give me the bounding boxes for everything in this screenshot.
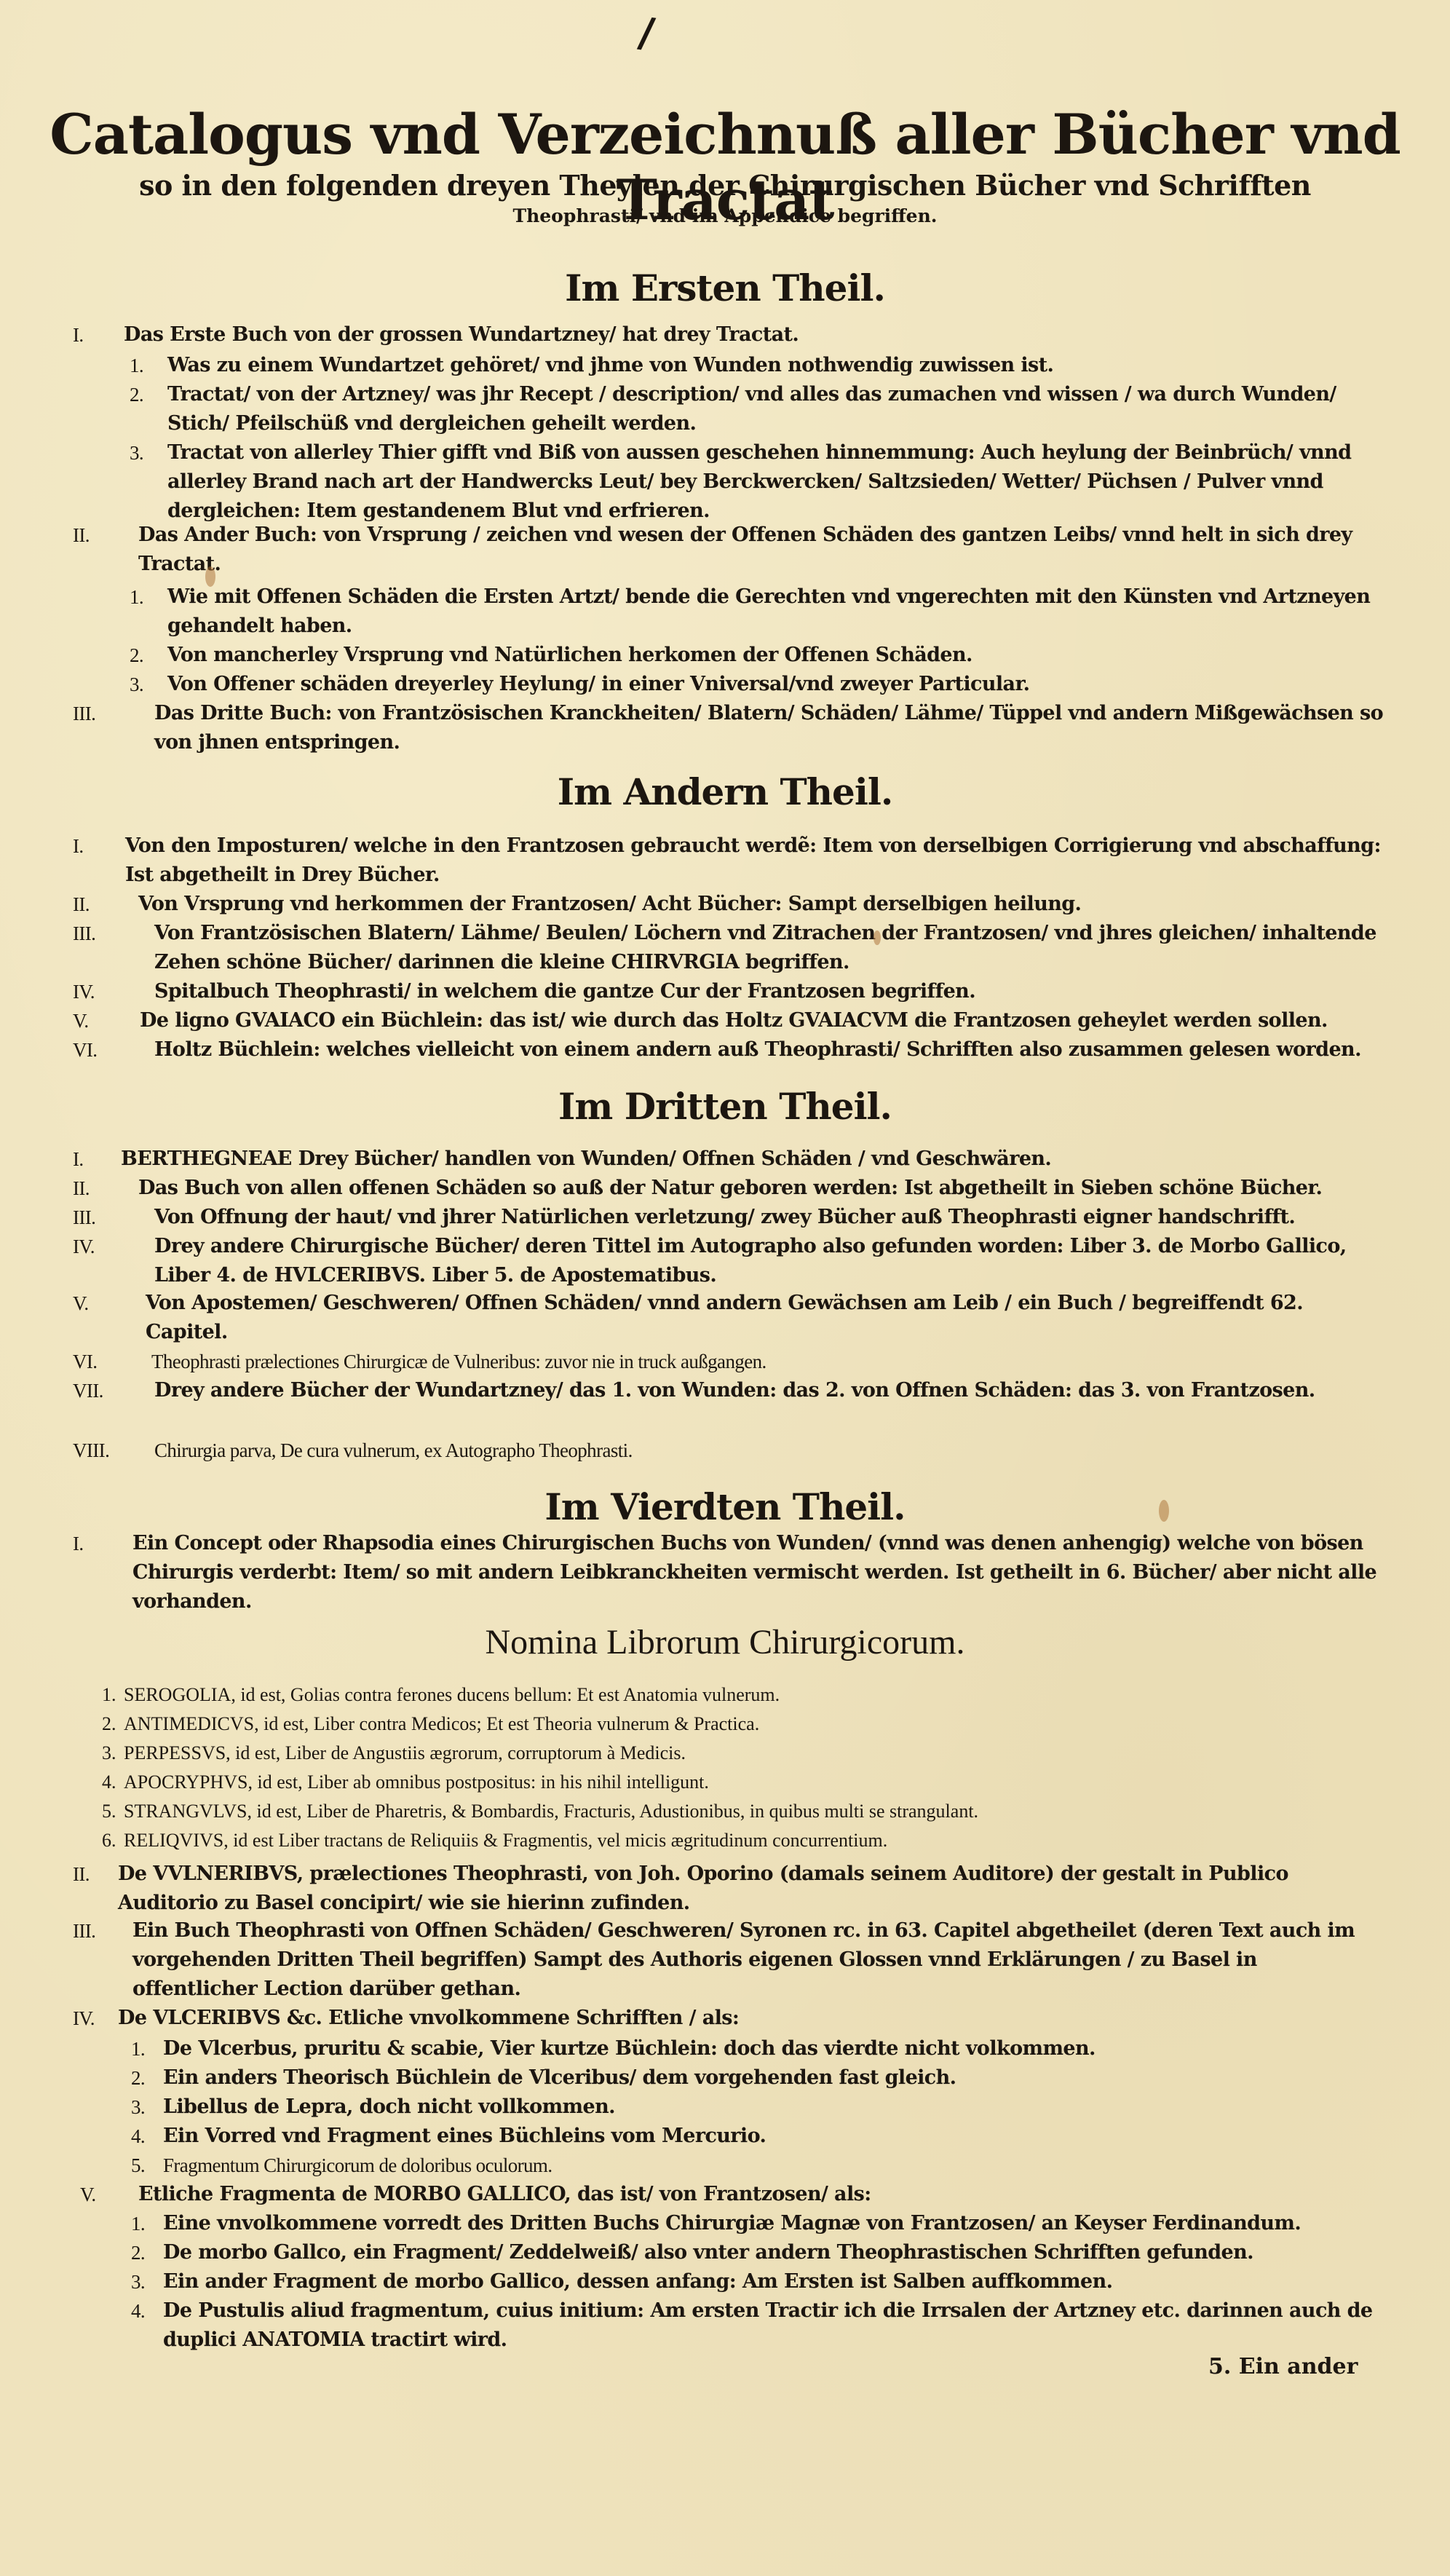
nomina-entry: II.De VVLNERIBVS, prælectiones Theophras…	[73, 1860, 1383, 1918]
entry: II.Das Buch von allen offenen Schäden so…	[73, 1174, 1383, 1203]
document-page: / Catalogus vnd Verzeichnuß aller Bücher…	[0, 0, 1450, 2576]
page-subtitle: so in den folgenden dreyen Theylen der C…	[0, 169, 1450, 202]
nomina-entry: 2.De morbo Gallco, ein Fragment/ Zeddelw…	[131, 2238, 1383, 2267]
part-heading-3: Im Dritten Theil.	[0, 1085, 1450, 1129]
entry: I.BERTHEGNEAE Drey Bücher/ handlen von W…	[73, 1145, 1383, 1174]
entry: I.Ein Concept oder Rhapsodia eines Chiru…	[73, 1529, 1383, 1616]
nomina-entry: 4.Ein Vorred vnd Fragment eines Büchlein…	[131, 2122, 1383, 2151]
entry: III.Von Offnung der haut/ vnd jhrer Natü…	[73, 1203, 1383, 1232]
entry: 3.Von Offener schäden dreyerley Heylung/…	[130, 670, 1382, 699]
nomina-entry: 2.ANTIMEDICVS, id est, Liber contra Medi…	[102, 1711, 1383, 1737]
page-mark: /	[636, 8, 657, 58]
entry: VII.Drey andere Bücher der Wundartzney/ …	[73, 1376, 1383, 1405]
entry: I.Von den Imposturen/ welche in den Fran…	[73, 831, 1383, 890]
catchword: 5. Ein ander	[1208, 2354, 1358, 2379]
nomina-entry: 5.Fragmentum Chirurgicorum de doloribus …	[131, 2151, 1383, 2180]
entry: II.Das Ander Buch: von Vrsprung / zeiche…	[73, 521, 1383, 579]
ink-stain	[873, 931, 881, 945]
entry: IV.Spitalbuch Theophrasti/ in welchem di…	[73, 977, 1383, 1006]
nomina-entry: 3.PERPESSVS, id est, Liber de Angustiis …	[102, 1740, 1383, 1766]
entry: VI.Holtz Büchlein: welches vielleicht vo…	[73, 1035, 1383, 1064]
nomina-entry: 3.Ein ander Fragment de morbo Gallico, d…	[131, 2267, 1383, 2296]
part-heading-2: Im Andern Theil.	[0, 770, 1450, 814]
entry: II.Von Vrsprung vnd herkommen der Frantz…	[73, 890, 1383, 919]
nomina-entry: 5.STRANGVLVS, id est, Liber de Pharetris…	[102, 1798, 1383, 1825]
nomina-entry: 2.Ein anders Theorisch Büchlein de Vlcer…	[131, 2063, 1383, 2093]
entry: V.Von Apostemen/ Geschweren/ Offnen Schä…	[73, 1289, 1383, 1347]
entry: V.De ligno GVAIACO ein Büchlein: das ist…	[73, 1006, 1383, 1035]
nomina-entry: 4.De Pustulis aliud fragmentum, cuius in…	[131, 2296, 1383, 2355]
entry: 1.Was zu einem Wundartzet gehöret/ vnd j…	[130, 351, 1382, 380]
entry: 2.Von mancherley Vrsprung vnd Natürliche…	[130, 641, 1382, 670]
nomina-entry: 6.RELIQVIVS, id est Liber tractans de Re…	[102, 1828, 1383, 1854]
ink-stain	[205, 566, 215, 587]
entry: III.Von Frantzösischen Blatern/ Lähme/ B…	[73, 919, 1383, 977]
ink-stain	[1159, 1500, 1169, 1522]
entry: IV.Drey andere Chirurgische Bücher/ dere…	[73, 1232, 1383, 1290]
entry: 3.Tractat von allerley Thier gifft vnd B…	[130, 438, 1382, 526]
nomina-entry: V.Etliche Fragmenta de MORBO GALLICO, da…	[80, 2180, 1383, 2209]
part-heading-4: Im Vierdten Theil.	[0, 1485, 1450, 1529]
entry: 1.Wie mit Offenen Schäden die Ersten Art…	[130, 582, 1382, 641]
nomina-entry: 1.Eine vnvolkommene vorredt des Dritten …	[131, 2209, 1383, 2238]
page-subtitle-line2: Theophrasti/ vnd im Appendice begriffen.	[0, 205, 1450, 227]
entry: 2.Tractat/ von der Artzney/ was jhr Rece…	[130, 380, 1382, 438]
nomina-entry: 1.SEROGOLIA, id est, Golias contra feron…	[102, 1682, 1383, 1708]
entry: VI.Theophrasti prælectiones Chirurgicæ d…	[73, 1347, 1383, 1376]
nomina-heading: Nomina Librorum Chirurgicorum.	[0, 1622, 1450, 1663]
nomina-entry: 4.APOCRYPHVS, id est, Liber ab omnibus p…	[102, 1769, 1383, 1795]
entry: VIII.Chirurgia parva, De cura vulnerum, …	[73, 1436, 1383, 1465]
nomina-entry: III.Ein Buch Theophrasti von Offnen Schä…	[73, 1916, 1383, 2004]
nomina-entry: 1.De Vlcerbus, pruritu & scabie, Vier ku…	[131, 2034, 1383, 2063]
nomina-entry: IV.De VLCERIBVS &c. Etliche vnvolkommene…	[73, 2004, 1383, 2033]
entry: I.Das Erste Buch von der grossen Wundart…	[73, 320, 1383, 349]
nomina-entry: 3.Libellus de Lepra, doch nicht vollkomm…	[131, 2093, 1383, 2122]
entry: III.Das Dritte Buch: von Frantzösischen …	[73, 699, 1383, 757]
part-heading-1: Im Ersten Theil.	[0, 266, 1450, 310]
